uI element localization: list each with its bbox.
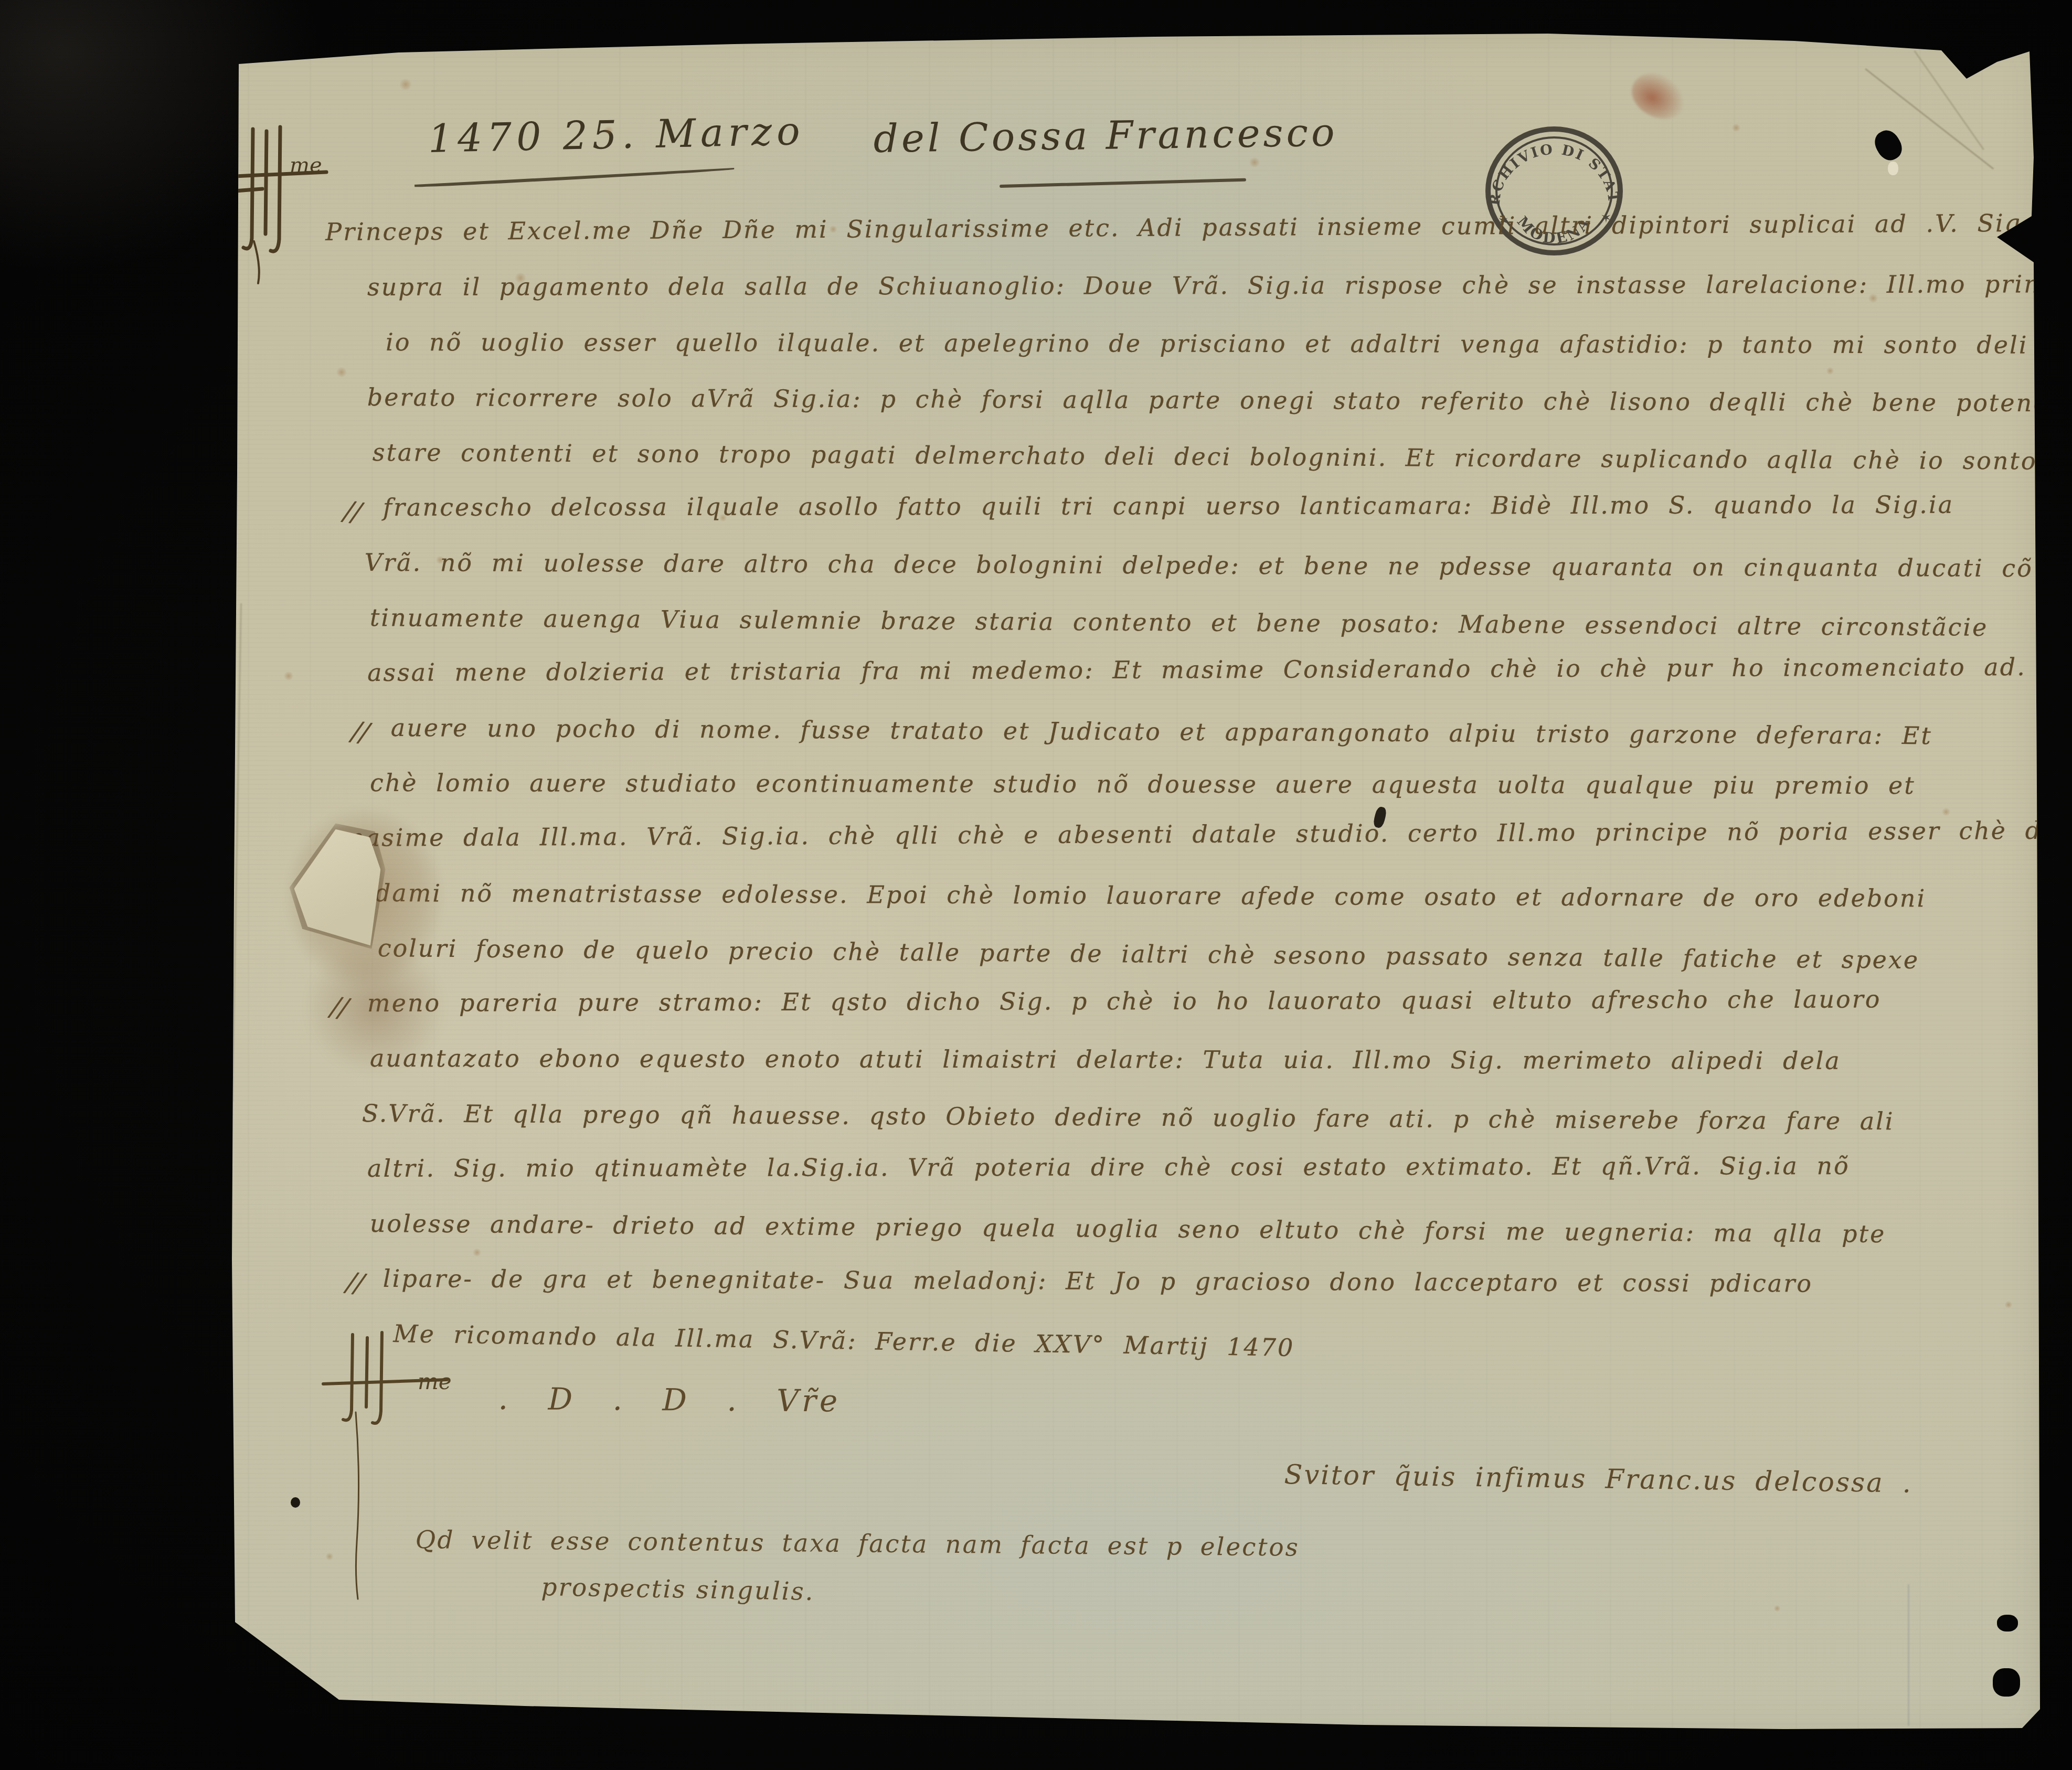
letter-line: lipare- de gra et benegnitate- Sua melad… <box>383 1264 1813 1298</box>
monogram-top-superscript: me <box>290 153 322 177</box>
letter-line: auantazato ebono equesto enoto atuti lim… <box>370 1044 1841 1075</box>
edge-hole-2 <box>1993 1668 2020 1697</box>
letter-line: io nõ uoglio esser quello ilquale. et ap… <box>386 328 2028 359</box>
letter-line: Me ricomando ala Ill.ma S.Vrã: Ferr.e di… <box>393 1319 1295 1362</box>
letter-line: dami nõ menatristasse edolesse. Epoi chè… <box>375 879 1926 912</box>
letter-line: stare contenti et sono tropo pagati delm… <box>373 438 2037 475</box>
signature: Svitor q̃uis infimus Franc.us delcossa . <box>1284 1459 1912 1499</box>
paper-chip <box>1888 162 1898 175</box>
ink-fleck <box>291 1497 300 1508</box>
archive-stamp: ARCHIVIO DI STATO MODENA ✶ ✶ <box>1465 112 1643 270</box>
letter-line: Vrã. nõ mi uolesse dare altro cha dece b… <box>365 548 2033 582</box>
fox-spot <box>1249 157 1260 167</box>
letter-line: Princeps et Excel.me Dñe Dñe mi Singular… <box>325 209 2056 246</box>
letter-line: S.Vrã. Et qlla prego qñ hauesse. qsto Ob… <box>362 1099 1895 1135</box>
paper-hole <box>1871 126 1907 164</box>
fox-spot <box>336 367 347 377</box>
fox-spot <box>1826 367 1834 375</box>
fox-spot <box>1731 124 1741 132</box>
margin-mark: ∕∕ <box>350 716 370 749</box>
dedication-line: . D . D . Vr̃e <box>498 1381 841 1419</box>
fox-spot <box>472 1249 482 1256</box>
margin-mark: ∕∕ <box>345 1266 365 1300</box>
chancery-note-line-1: Qd velit esse contentus taxa facta nam f… <box>416 1526 1300 1562</box>
letter-line: uolesse andare- drieto ad extime priego … <box>370 1209 1886 1248</box>
fox-spot <box>2004 1301 2013 1308</box>
letter-line: francescho delcossa ilquale asollo fatto… <box>383 491 1954 521</box>
letter-paper: 1470 25. Marzo del Cossa Francesco me <box>0 0 2072 1770</box>
attribution-underline <box>1000 178 1246 188</box>
fox-spot <box>1941 808 1951 816</box>
illustrissime-monogram-top: me <box>231 120 352 293</box>
letter-line: masime dala Ill.ma. Vrã. Sig.ia. chè qll… <box>341 816 2072 852</box>
letter-line: tinuamente auenga Viua sulemnie braze st… <box>370 603 1989 642</box>
photograph-background: 1470 25. Marzo del Cossa Francesco me <box>0 0 2072 1770</box>
letter-line: supra il pagamento dela salla de Schiuan… <box>367 270 2072 301</box>
chancery-note-line-2: prospectis singulis. <box>541 1573 815 1606</box>
letter-line: meno pareria pure stramo: Et qsto dicho … <box>367 985 1881 1017</box>
monogram-bottom-superscript: me <box>418 1369 452 1394</box>
letter-line: altri. Sig. mio qtinuamète la.Sig.ia. Vr… <box>367 1151 1850 1182</box>
stamp-arc-text: ARCHIVIO DI STATO <box>1465 112 1622 207</box>
letter-line: chè lomio auere studiato econtinuamente … <box>370 769 1916 799</box>
date-underline <box>415 168 734 188</box>
fox-spot <box>1773 1605 1781 1612</box>
edge-hole-1 <box>1997 1615 2018 1632</box>
margin-mark: ∕∕ <box>329 991 349 1025</box>
letter-line: auere uno pocho di nome. fusse tratato e… <box>391 713 1932 750</box>
crease-bottom-right <box>1908 1584 1909 1726</box>
letter-line: assai mene dolzieria et tristaria fra mi… <box>367 653 2026 687</box>
crease-left-edge <box>231 603 242 1102</box>
fold-crease-top-right-2 <box>1914 50 1984 150</box>
letter-line: coluri foseno de quelo precio chè talle … <box>378 934 1920 974</box>
illustrissime-monogram-bottom: me <box>315 1322 472 1616</box>
attribution-annotation: del Cossa Francesco <box>873 110 1338 162</box>
fold-crease-top-right-1 <box>1865 68 1994 169</box>
margin-mark: ∕∕ <box>342 495 363 529</box>
letter-line: berato ricorrere solo aVrã Sig.ia: p chè… <box>367 383 2058 417</box>
fox-spot <box>399 79 412 90</box>
svg-text:ARCHIVIO DI STATO: ARCHIVIO DI STATO <box>1465 112 1622 207</box>
fox-spot <box>283 671 294 680</box>
date-annotation: 1470 25. Marzo <box>428 109 805 162</box>
